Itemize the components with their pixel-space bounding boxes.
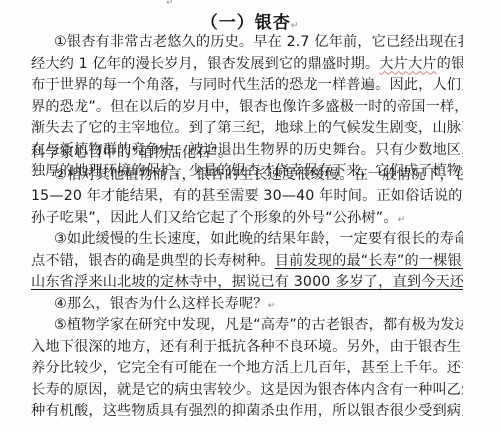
document-page: ↵ （一）银杏↵ ①银杏有非常古老悠久的历史。早在 2.7 亿年前，它已经出现在… [0, 0, 500, 433]
text-line: ②相对其他植物而言，银杏的生长速度很缓慢。在一般情况下，它的幼苗要经过 [54, 165, 463, 186]
section-title: （一）银杏↵ [0, 8, 500, 33]
text-line: 种有机酸，这些物质具有强烈的抑菌杀虫作用，所以银杏很少受到病虫害的侵袭。↵ [31, 401, 463, 422]
text-line: 布于世界的每一个角落，与同时代生活的恐龙一样普遍。因此，人们又称它为“植物 [31, 75, 463, 96]
underlined-text: 山东省浮来山北坡的定林寺中，据说已有 3000 多岁了，直到今天还果实累累。 [31, 274, 463, 290]
text-line: 科学家心目中的“植物活化石”。↵ [31, 143, 463, 164]
spellcheck-underline: 大片大片 [379, 56, 436, 72]
text-line: ⑤植物学家在研究中发现，凡是“高寿”的古老银杏，都有极为发达的根系，扎 [54, 315, 463, 336]
paragraph-mark: ↵ [291, 21, 300, 31]
text-line: 点不错，银杏的确是典型的长寿树种。目前发现的最“长寿”的一棵银杏古树生长在 [31, 251, 463, 272]
text-line: 山东省浮来山北坡的定林寺中，据说已有 3000 多岁了，直到今天还果实累累。↵ [31, 272, 463, 293]
underlined-text: 目前发现的最“长寿”的一棵银杏古树生长在 [275, 253, 463, 269]
text-line: 入地下很深的地方，还有利于抵抗各种不良环境。另外，由于银杏生长缓慢，需要的 [31, 337, 463, 358]
text-line: 15—20 年才能结果，有的甚至需要 30—40 年时间。正如俗话说的那样“公公… [31, 186, 463, 207]
text-line: ④那么，银杏为什么这样长寿呢？↵ [54, 294, 463, 315]
text-line: 长寿的原因，就是它的病虫害较少。这是因为银杏体内含有一种叫乙烯醛的物质和多 [31, 380, 463, 401]
text-line: 孙子吃果”，因此人们又给它起了个形象的外号“公孙树”。↵ [31, 208, 463, 229]
text-line: ③如此缓慢的生长速度，如此晚的结果年龄，一定要有很长的寿命才能适应。一 [54, 229, 463, 250]
text-line: 经大约 1 亿年的漫长岁月，银杏发展到它的鼎盛时期。大片大片的银杏树林，几乎遍 [31, 54, 463, 75]
text-line: 养分比较少，它完全有可能在一个地方活上几百年，甚至上千年。还有一个导致银杏 [31, 358, 463, 379]
text-line: 渐失去了它的主宰地位。到了第三纪，地球上的气候发生剧变，山脉不断隆起，银杏 [31, 118, 463, 139]
paragraph-mark: ↵ [166, 0, 174, 8]
text-line: 界的恐龙”。但在以后的岁月中，银杏也像许多盛极一时的帝国一样，由盛而衰，渐 [31, 97, 463, 118]
text-line: ①银杏有非常古老悠久的历史。早在 2.7 亿年前，它已经出现在我们这个星球上。 [54, 32, 463, 53]
